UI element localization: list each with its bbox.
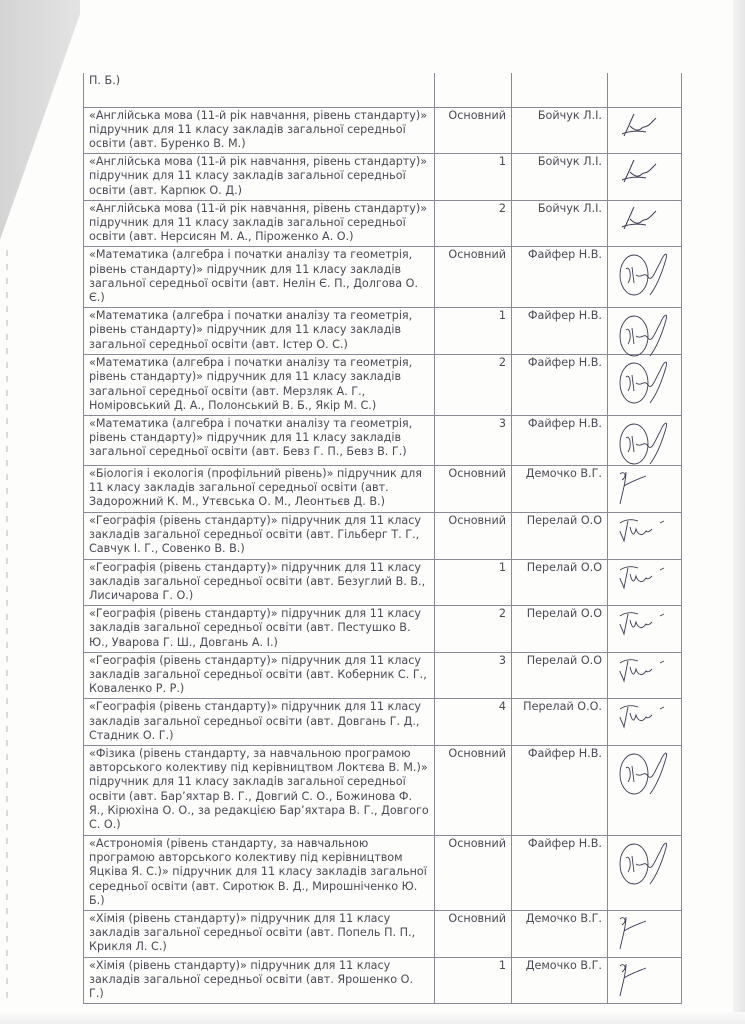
teacher-cell: Файфер Н.В. xyxy=(512,308,608,355)
textbook-title-cell: «Англійська мова (11-й рік навчання, рів… xyxy=(84,107,435,154)
variant-cell: 1 xyxy=(435,957,512,1004)
textbook-title-cell: «Біологія і екологія (профільний рівень)… xyxy=(84,465,435,512)
textbook-title-cell: «Географія (рівень стандарту)» підручник… xyxy=(84,512,435,559)
textbook-table: П. Б.) «Англійська мова (11-й рік навчан… xyxy=(83,73,682,1004)
variant-cell: 1 xyxy=(435,559,512,606)
textbook-title-cell: «Географія (рівень стандарту)» підручник… xyxy=(84,606,435,653)
table-row: «Англійська мова (11-й рік навчання, рів… xyxy=(84,200,682,247)
teacher-cell: Бойчук Л.І. xyxy=(512,200,608,247)
textbook-title-cell: «Географія (рівень стандарту)» підручник… xyxy=(84,699,435,746)
table-row: «Біологія і екологія (профільний рівень)… xyxy=(84,465,682,512)
table-row: «Фізика (рівень стандарту, за навчальною… xyxy=(84,746,682,836)
variant-cell: 4 xyxy=(435,699,512,746)
signature-cell xyxy=(608,699,682,746)
teacher-cell: Перелай О.О xyxy=(512,512,608,559)
table-row: «Математика (алгебра і початки аналізу т… xyxy=(84,415,682,465)
signature-cell xyxy=(608,73,682,107)
signature-cell xyxy=(608,107,682,154)
table-row: «Математика (алгебра і початки аналізу т… xyxy=(84,308,682,355)
textbook-title-cell: «Хімія (рівень стандарту)» підручник для… xyxy=(84,911,435,958)
teacher-cell: Файфер Н.В. xyxy=(512,746,608,836)
teacher-cell: Перелай О.О xyxy=(512,652,608,699)
signature-cell xyxy=(608,559,682,606)
teacher-cell: Файфер Н.В. xyxy=(512,836,608,911)
table-row: «Географія (рівень стандарту)» підручник… xyxy=(84,606,682,653)
teacher-cell: Демочко В.Г. xyxy=(512,465,608,512)
variant-cell: 2 xyxy=(435,355,512,416)
table-row: «Географія (рівень стандарту)» підручник… xyxy=(84,652,682,699)
table-row: «Математика (алгебра і початки аналізу т… xyxy=(84,247,682,308)
teacher-cell: Файфер Н.В. xyxy=(512,247,608,308)
teacher-cell: Файфер Н.В. xyxy=(512,355,608,416)
textbook-title-cell: «Математика (алгебра і початки аналізу т… xyxy=(84,355,435,416)
table-row: «Хімія (рівень стандарту)» підручник для… xyxy=(84,957,682,1004)
variant-cell: Основний xyxy=(435,512,512,559)
scan-edge-right xyxy=(733,0,745,1024)
signature-cell xyxy=(608,200,682,247)
scan-edge-bottom xyxy=(0,1012,745,1024)
textbook-title-cell: «Хімія (рівень стандарту)» підручник для… xyxy=(84,957,435,1004)
variant-cell: Основний xyxy=(435,465,512,512)
textbook-title-cell: «Астрономія (рівень стандарту, за навчал… xyxy=(84,836,435,911)
textbook-title-cell: «Англійська мова (11-й рік навчання, рів… xyxy=(84,200,435,247)
teacher-cell: Бойчук Л.І. xyxy=(512,107,608,154)
textbook-title-cell: П. Б.) xyxy=(84,73,435,107)
variant-cell: 1 xyxy=(435,308,512,355)
signature-cell xyxy=(608,308,682,355)
teacher-cell xyxy=(512,73,608,107)
variant-cell: Основний xyxy=(435,107,512,154)
table-row: «Географія (рівень стандарту)» підручник… xyxy=(84,559,682,606)
table-row: «Географія (рівень стандарту)» підручник… xyxy=(84,699,682,746)
variant-cell: 1 xyxy=(435,154,512,201)
signature-cell xyxy=(608,512,682,559)
textbook-title-cell: «Математика (алгебра і початки аналізу т… xyxy=(84,247,435,308)
variant-cell: 3 xyxy=(435,652,512,699)
textbook-title-cell: «Фізика (рівень стандарту, за навчальною… xyxy=(84,746,435,836)
table-row: «Хімія (рівень стандарту)» підручник для… xyxy=(84,911,682,958)
teacher-cell: Файфер Н.В. xyxy=(512,415,608,465)
signature-cell xyxy=(608,606,682,653)
signature-cell xyxy=(608,247,682,308)
variant-cell: Основний xyxy=(435,911,512,958)
teacher-cell: Перелай О.О xyxy=(512,559,608,606)
variant-cell: 3 xyxy=(435,415,512,465)
signature-cell xyxy=(608,746,682,836)
textbook-title-cell: «Математика (алгебра і початки аналізу т… xyxy=(84,308,435,355)
page-fold-shadow xyxy=(0,0,80,1024)
table-row: «Географія (рівень стандарту)» підручник… xyxy=(84,512,682,559)
teacher-cell: Перелай О.О. xyxy=(512,699,608,746)
variant-cell: Основний xyxy=(435,247,512,308)
table-row: «Англійська мова (11-й рік навчання, рів… xyxy=(84,154,682,201)
table-row: «Математика (алгебра і початки аналізу т… xyxy=(84,355,682,416)
signature-cell xyxy=(608,465,682,512)
signature-cell xyxy=(608,836,682,911)
variant-cell: Основний xyxy=(435,746,512,836)
signature-cell xyxy=(608,154,682,201)
scan-edge-left xyxy=(6,250,8,1000)
variant-cell: 2 xyxy=(435,200,512,247)
signature-cell xyxy=(608,415,682,465)
table-row: «Англійська мова (11-й рік навчання, рів… xyxy=(84,107,682,154)
textbook-title-cell: «Географія (рівень стандарту)» підручник… xyxy=(84,559,435,606)
variant-cell xyxy=(435,73,512,107)
teacher-cell: Бойчук Л.І. xyxy=(512,154,608,201)
table-row: «Астрономія (рівень стандарту, за навчал… xyxy=(84,836,682,911)
table-row: П. Б.) xyxy=(84,73,682,107)
signature-cell xyxy=(608,652,682,699)
variant-cell: 2 xyxy=(435,606,512,653)
variant-cell: Основний xyxy=(435,836,512,911)
teacher-cell: Демочко В.Г. xyxy=(512,957,608,1004)
textbook-title-cell: «Географія (рівень стандарту)» підручник… xyxy=(84,652,435,699)
signature-cell xyxy=(608,957,682,1004)
signature-cell xyxy=(608,911,682,958)
signature-cell xyxy=(608,355,682,416)
textbook-title-cell: «Англійська мова (11-й рік навчання, рів… xyxy=(84,154,435,201)
teacher-cell: Демочко В.Г. xyxy=(512,911,608,958)
teacher-cell: Перелай О.О xyxy=(512,606,608,653)
textbook-title-cell: «Математика (алгебра і початки аналізу т… xyxy=(84,415,435,465)
